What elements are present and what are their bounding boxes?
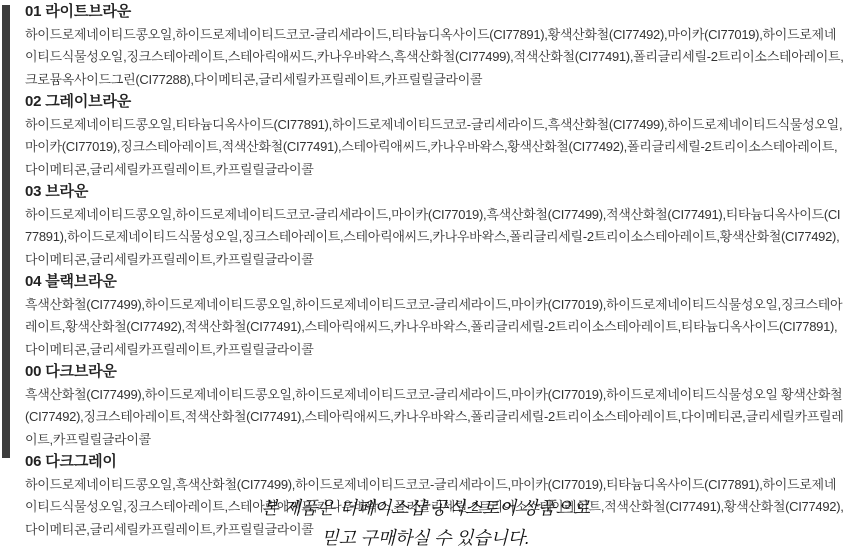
shade-ingredients: 흑색산화철(CI77499),하이드로제네이티드콩오일,하이드로제네이티드코코-… [25, 384, 845, 452]
ingredient-list: 01 라이트브라운 하이드로제네이티드콩오일,하이드로제네이티드코코-글리세라이… [25, 1, 845, 541]
shade-section: 03 브라운 하이드로제네이티드콩오일,하이드로제네이티드코코-글리세라이드,마… [25, 181, 845, 271]
shade-title: 04 블랙브라운 [25, 271, 845, 294]
shade-title: 00 다크브라운 [25, 361, 845, 384]
shade-section: 01 라이트브라운 하이드로제네이티드콩오일,하이드로제네이티드코코-글리세라이… [25, 1, 845, 91]
shade-title: 01 라이트브라운 [25, 1, 845, 24]
notice-line-2: 믿고 구매하실 수 있습니다. [0, 523, 851, 553]
shade-title: 06 다크그레이 [25, 451, 845, 474]
shade-section: 04 블랙브라운 흑색산화철(CI77499),하이드로제네이티드콩오일,하이드… [25, 271, 845, 361]
shade-ingredients: 흑색산화철(CI77499),하이드로제네이티드콩오일,하이드로제네이티드코코-… [25, 294, 845, 362]
shade-section: 00 다크브라운 흑색산화철(CI77499),하이드로제네이티드콩오일,하이드… [25, 361, 845, 451]
shade-section: 02 그레이브라운 하이드로제네이티드콩오일,티타늄디옥사이드(CI77891)… [25, 91, 845, 181]
official-store-notice: 본 제품은 더페이스샵 공식스토어 상품으로 믿고 구매하실 수 있습니다. [0, 493, 851, 553]
shade-ingredients: 하이드로제네이티드콩오일,하이드로제네이티드코코-글리세라이드,티타늄디옥사이드… [25, 24, 845, 92]
shade-ingredients: 하이드로제네이티드콩오일,티타늄디옥사이드(CI77891),하이드로제네이티드… [25, 114, 845, 182]
shade-ingredients: 하이드로제네이티드콩오일,하이드로제네이티드코코-글리세라이드,마이카(CI77… [25, 204, 845, 272]
notice-line-1: 본 제품은 더페이스샵 공식스토어 상품으로 [0, 493, 851, 523]
shade-title: 02 그레이브라운 [25, 91, 845, 114]
shade-title: 03 브라운 [25, 181, 845, 204]
left-accent-bar [2, 5, 10, 458]
